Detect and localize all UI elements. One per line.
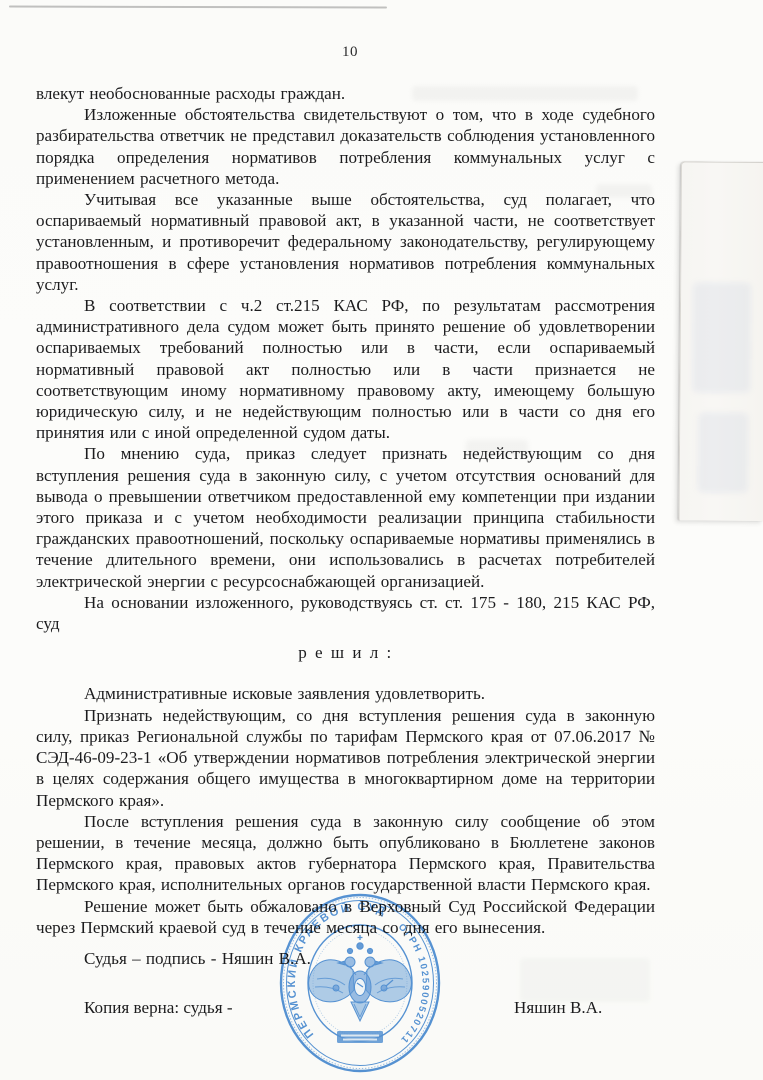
resolution-paragraph: После вступления решения суда в законную… xyxy=(36,811,655,896)
document-paragraph: Изложенные обстоятельства свидетельствую… xyxy=(36,104,655,189)
stamp-bottom-banner xyxy=(337,1031,383,1043)
bleed-through-smudge xyxy=(692,282,751,392)
double-headed-eagle-icon xyxy=(309,935,412,1021)
copy-certification-judge-name: Няшин В.А. xyxy=(514,997,602,1018)
scan-paper-flap xyxy=(678,161,763,521)
document-body: влекут необоснованные расходы граждан. И… xyxy=(36,83,655,1019)
document-page: 10 влекут необоснованные расходы граждан… xyxy=(0,0,763,1080)
scan-artifact-line xyxy=(9,6,387,9)
document-paragraph: влекут необоснованные расходы граждан. xyxy=(36,83,655,104)
court-seal-stamp: ПЕРМСКИЙ КРАЕВОЙ СУД ОГРН 1025900520711 xyxy=(277,891,443,1075)
resolution-paragraph: Административные исковые заявления удовл… xyxy=(36,683,655,704)
copy-certification-label: Копия верна: судья - xyxy=(84,997,233,1018)
document-paragraph: В соответствии с ч.2 ст.215 КАС РФ, по р… xyxy=(36,295,655,443)
document-paragraph: На основании изложенного, руководствуясь… xyxy=(36,592,655,634)
resolution-heading: р е ш и л : xyxy=(36,642,655,663)
document-paragraph: Учитывая все указанные выше обстоятельст… xyxy=(36,189,655,295)
resolution-paragraph: Признать недействующим, со дня вступлени… xyxy=(36,705,655,811)
page-number: 10 xyxy=(0,44,700,61)
document-paragraph: По мнению суда, приказ следует признать … xyxy=(36,443,655,591)
bleed-through-smudge xyxy=(698,413,749,493)
